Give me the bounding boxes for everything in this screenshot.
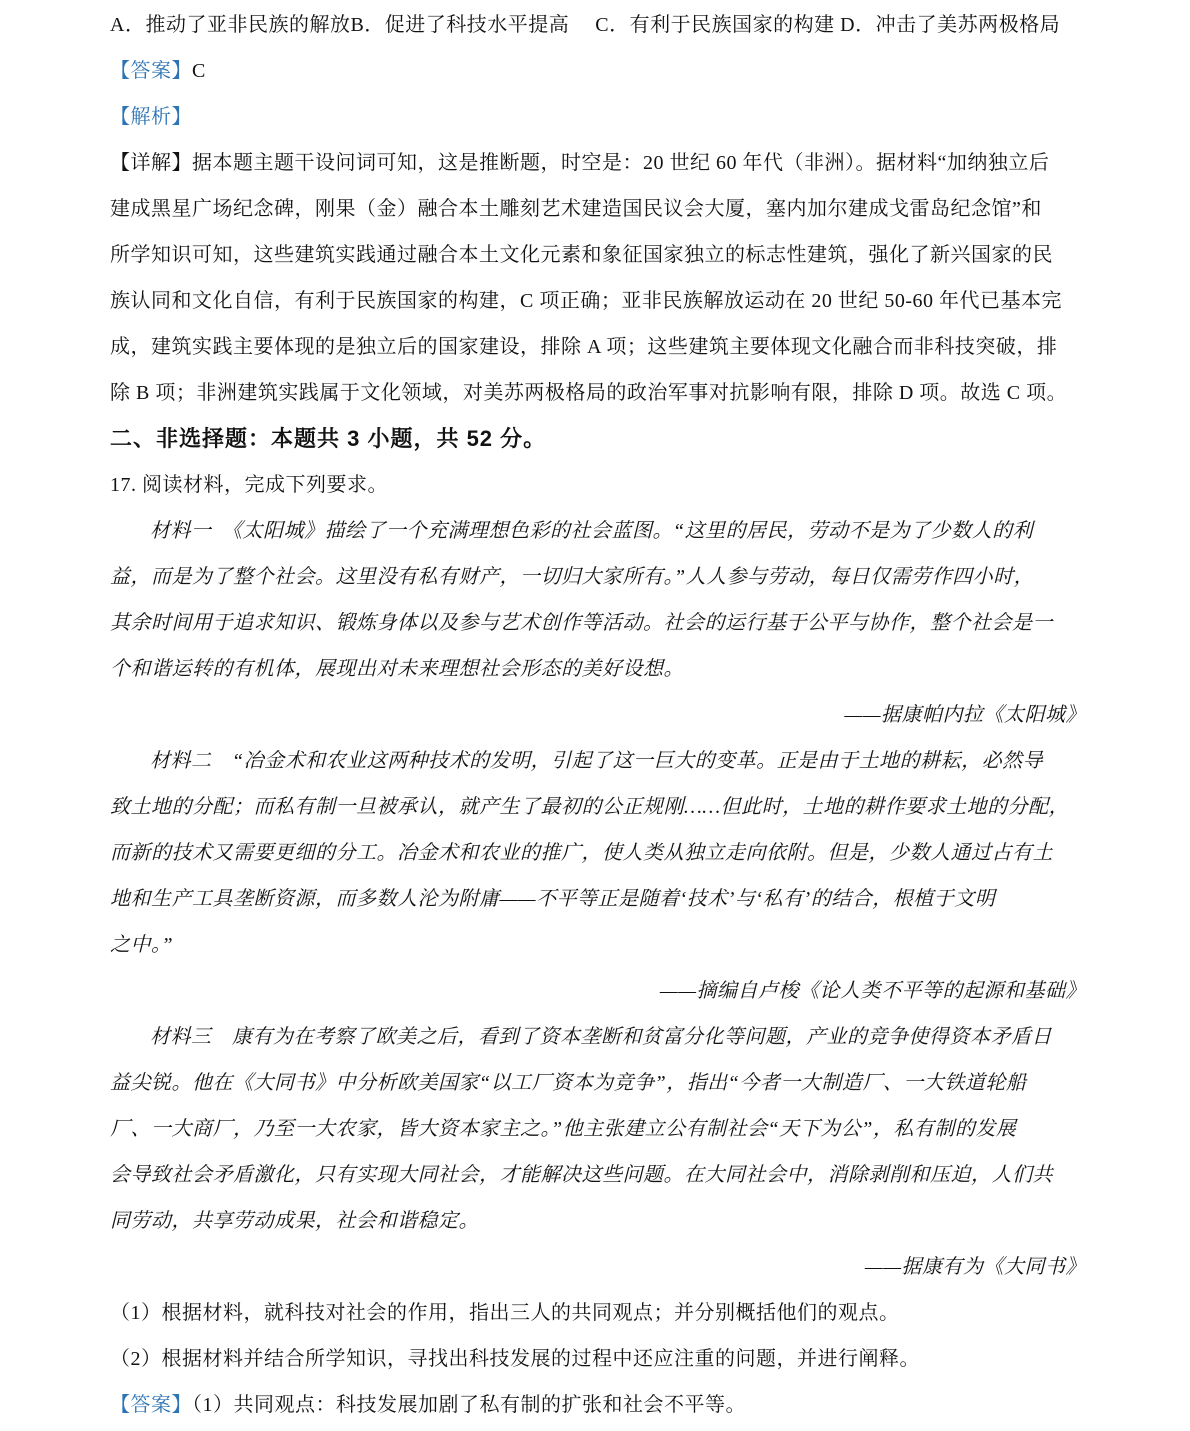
material3-line: 会导致社会矛盾激化，只有实现大同社会，才能解决这些问题。在大同社会中，消除剥削和… (110, 1152, 1086, 1198)
material1-line: 其余时间用于追求知识、锻炼身体以及参与艺术创作等活动。社会的运行基于公平与协作，… (110, 600, 1086, 646)
material2-line: 而新的技术又需要更细的分工。冶金术和农业的推广，使人类从独立走向依附。但是，少数… (110, 830, 1086, 876)
detail-line: 所学知识可知，这些建筑实践通过融合本土文化元素和象征国家独立的标志性建筑，强化了… (110, 232, 1086, 278)
question-options-line: A．推动了亚非民族的解放B．促进了科技水平提高 C．有利于民族国家的构建 D．冲… (110, 2, 1086, 48)
detail-line: 【详解】据本题主题干设问词可知，这是推断题，时空是：20 世纪 60 年代（非洲… (110, 140, 1086, 186)
analysis-label: 【解析】 (110, 106, 192, 128)
detail-line: 成，建筑实践主要体现的是独立后的国家建设，排除 A 项；这些建筑主要体现文化融合… (110, 324, 1086, 370)
material1-line: 益，而是为了整个社会。这里没有私有财产，一切归大家所有。”人人参与劳动，每日仅需… (110, 554, 1086, 600)
material1-line: 个和谐运转的有机体，展现出对未来理想社会形态的美好设想。 (110, 646, 1086, 692)
material1-source: ——据康帕内拉《太阳城》 (110, 692, 1086, 738)
section-heading: 二、非选择题：本题共 3 小题，共 52 分。 (110, 416, 1086, 462)
answer-value: C (192, 60, 206, 82)
answer-label: 【答案】 (110, 60, 192, 82)
material1-line: 材料一 《太阳城》描绘了一个充满理想色彩的社会蓝图。“这里的居民，劳动不是为了少… (110, 508, 1086, 554)
analysis-line: 【解析】 (110, 94, 1086, 140)
material3-line: 材料三 康有为在考察了欧美之后，看到了资本垄断和贫富分化等问题，产业的竞争使得资… (110, 1014, 1086, 1060)
material3-line: 同劳动，共享劳动成果，社会和谐稳定。 (110, 1198, 1086, 1244)
answer-label: 【答案】 (110, 1394, 192, 1416)
material2-line: 材料二 “冶金术和农业这两种技术的发明，引起了这一巨大的变革。正是由于土地的耕耘… (110, 738, 1086, 784)
material3-line: 厂、一大商厂，乃至一大农家，皆大资本家主之。”他主张建立公有制社会“天下为公”，… (110, 1106, 1086, 1152)
sub-question-1: （1）根据材料，就科技对社会的作用，指出三人的共同观点；并分别概括他们的观点。 (110, 1290, 1086, 1336)
material2-line: 之中。” (110, 922, 1086, 968)
detail-line: 除 B 项；非洲建筑实践属于文化领域，对美苏两极格局的政治军事对抗影响有限，排除… (110, 370, 1086, 416)
detail-line: 族认同和文化自信，有利于民族国家的构建，C 项正确；亚非民族解放运动在 20 世… (110, 278, 1086, 324)
material3-source: ——据康有为《大同书》 (110, 1244, 1086, 1290)
material3-line: 益尖锐。他在《大同书》中分析欧美国家“以工厂资本为竞争”，指出“今者一大制造厂、… (110, 1060, 1086, 1106)
material2-source: ——摘编自卢梭《论人类不平等的起源和基础》 (110, 968, 1086, 1014)
final-answer-text: （1）共同观点：科技发展加剧了私有制的扩张和社会不平等。 (192, 1394, 746, 1416)
sub-question-2: （2）根据材料并结合所学知识，寻找出科技发展的过程中还应注重的问题，并进行阐释。 (110, 1336, 1086, 1382)
exam-document-page: A．推动了亚非民族的解放B．促进了科技水平提高 C．有利于民族国家的构建 D．冲… (0, 0, 1190, 1431)
material2-line: 地和生产工具垄断资源，而多数人沦为附庸——不平等正是随着‘技术’与‘私有’的结合… (110, 876, 1086, 922)
detail-line: 建成黑星广场纪念碑，刚果（金）融合本土雕刻艺术建造国民议会大厦，塞内加尔建成戈雷… (110, 186, 1086, 232)
final-answer-line: 【答案】（1）共同观点：科技发展加剧了私有制的扩张和社会不平等。 (110, 1382, 1086, 1428)
question17-intro: 17. 阅读材料，完成下列要求。 (110, 462, 1086, 508)
material2-line: 致土地的分配；而私有制一旦被承认，就产生了最初的公正规刚……但此时，土地的耕作要… (110, 784, 1086, 830)
answer-line: 【答案】C (110, 48, 1086, 94)
